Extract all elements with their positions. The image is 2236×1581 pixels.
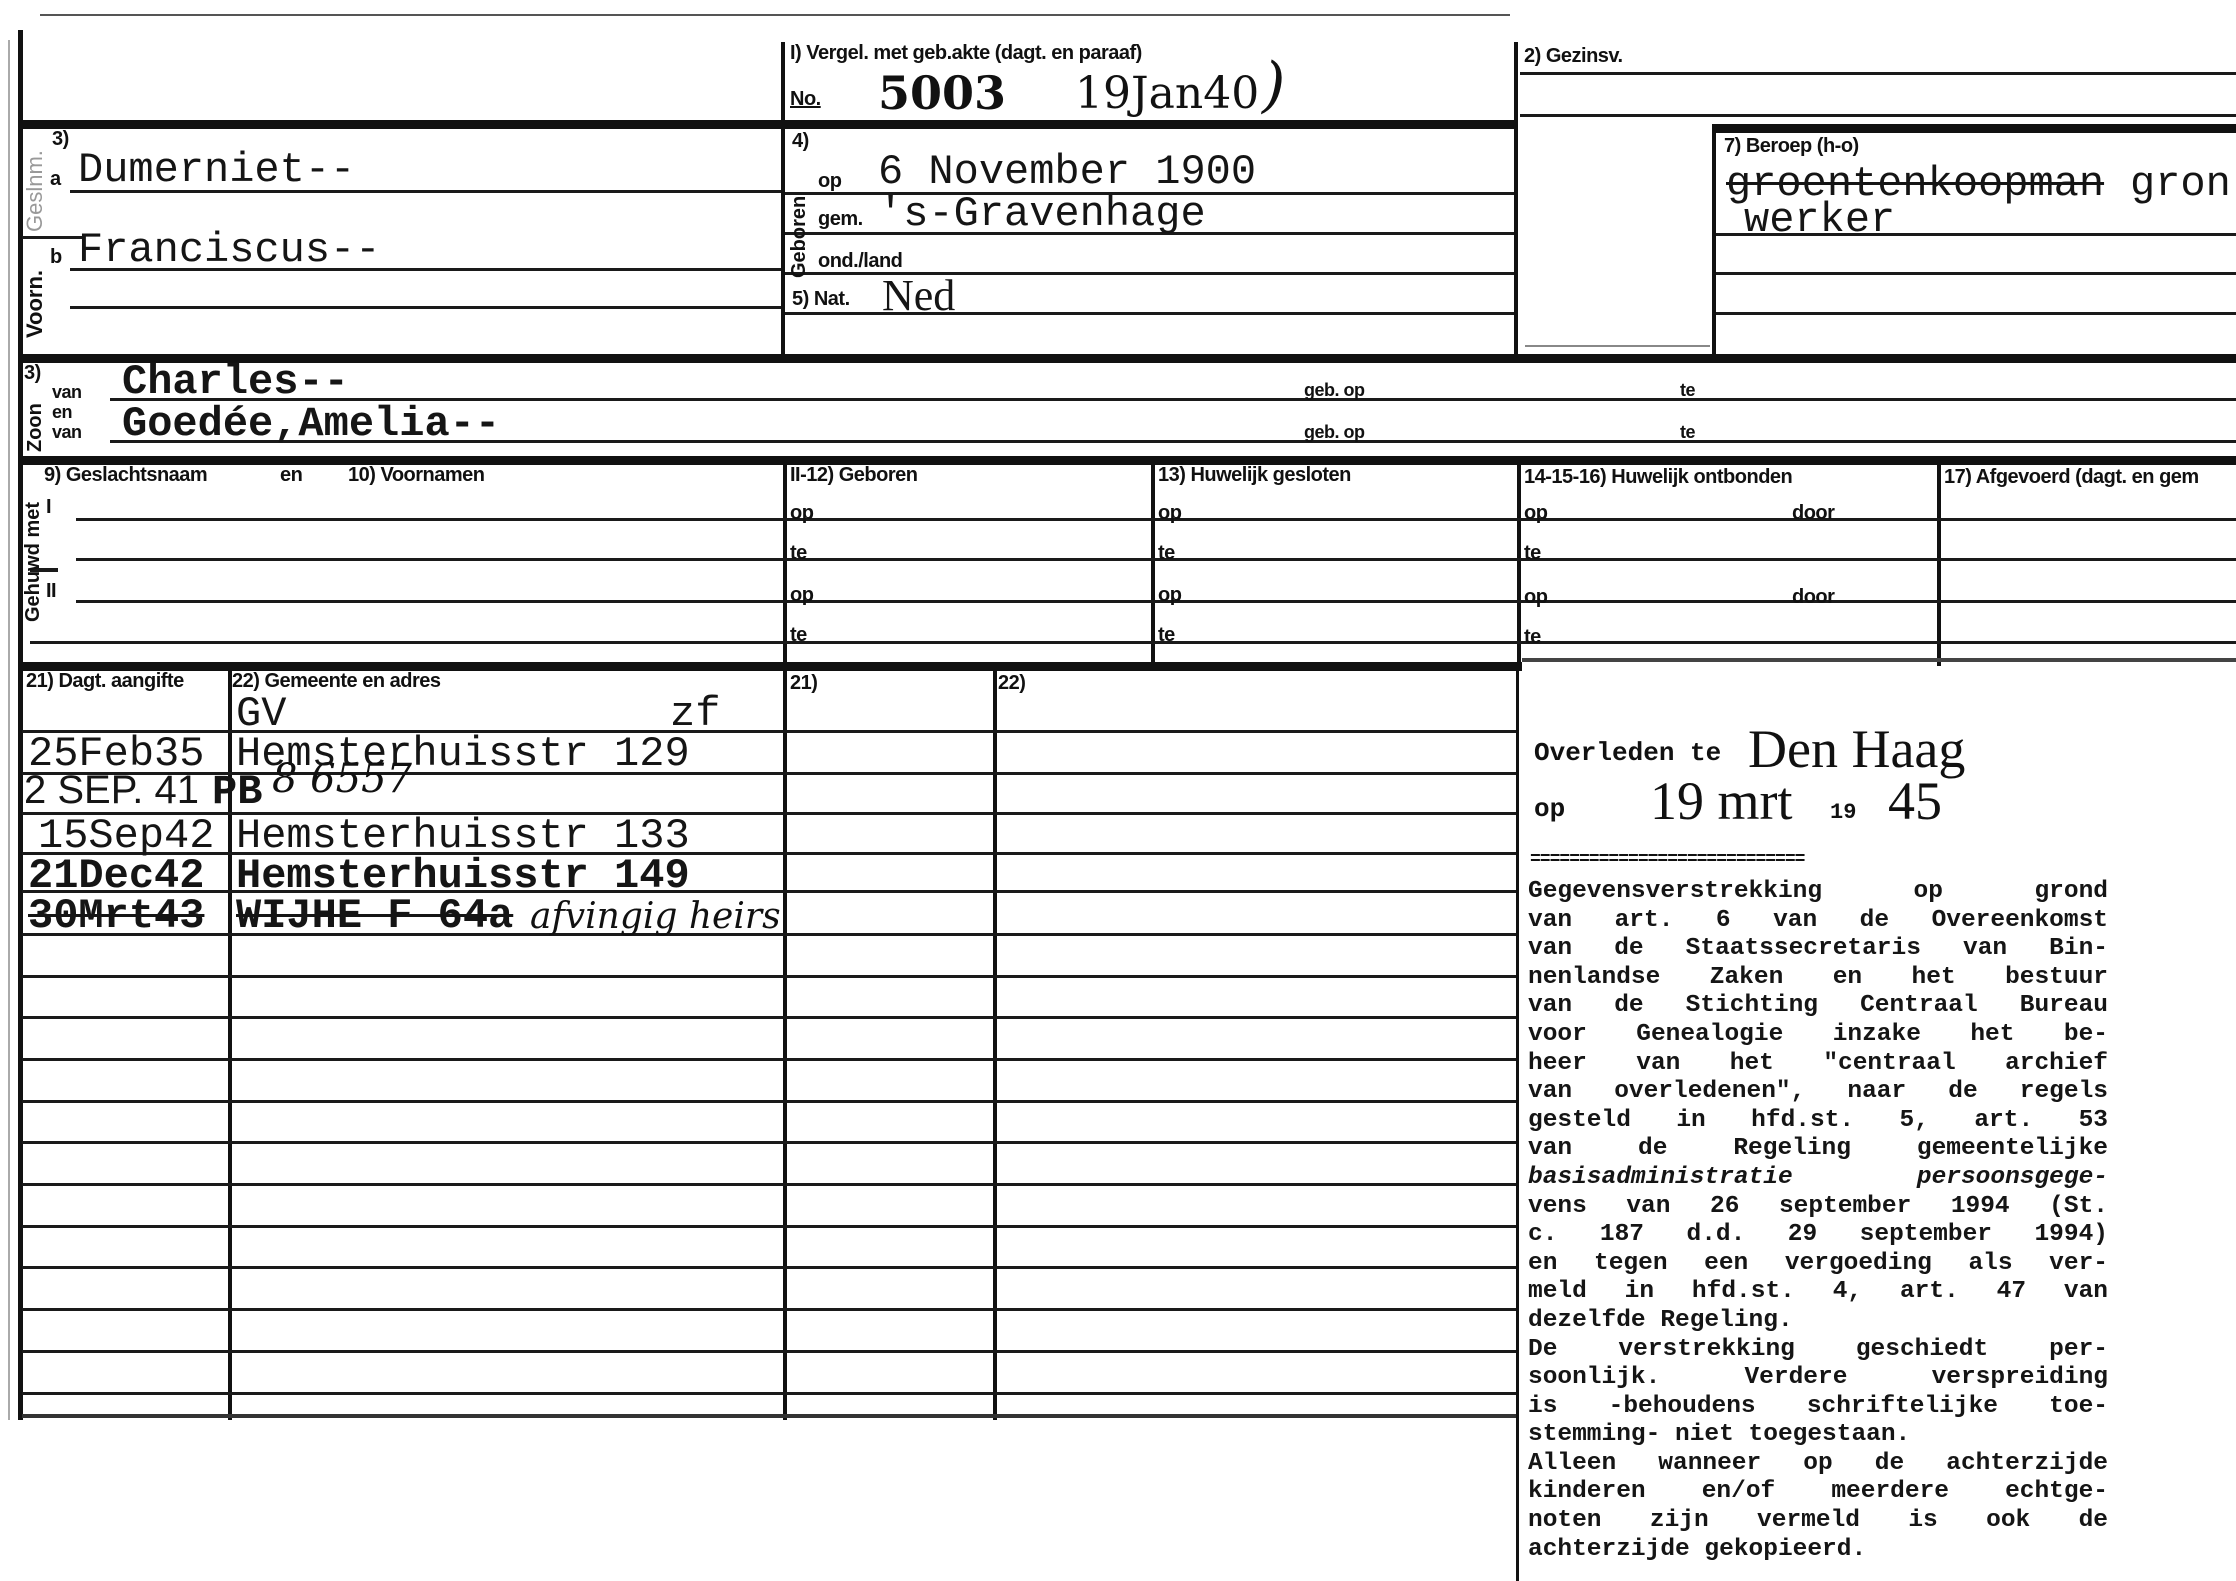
mother-en-label: en: [52, 402, 72, 423]
father-van-label: van: [52, 382, 82, 403]
marriage-concluded-op-1: op: [1158, 502, 1181, 525]
birth-side-label: Geboren: [788, 196, 811, 278]
notice-line: Alleen wanneer op de achterzijde: [1528, 1450, 2108, 1479]
notice-line: en tegen een vergoeding als ver-: [1528, 1250, 2108, 1279]
marriage-dissolved-door-1: door: [1792, 502, 1834, 525]
birth-date-value: 6 November 1900: [878, 148, 1256, 196]
notice-line: van de Stichting Centraal Bureau: [1528, 992, 2108, 1021]
surname-side-label: Geslnm.: [22, 150, 48, 232]
marriage-concluded-header: 13) Huwelijk gesloten: [1158, 464, 1351, 487]
notice-line: van art. 6 van de Overeenkomst: [1528, 907, 2108, 936]
mother-birth-date-label: geb. op: [1304, 422, 1365, 443]
marriage-dissolved-op-1: op: [1524, 502, 1547, 525]
surname-marker: a: [50, 168, 61, 191]
record-number-date: 19Jan40: [1075, 68, 1259, 119]
mother-birth-place-label: te: [1680, 422, 1695, 443]
notice-line: De verstrekking geschiedt per-: [1528, 1336, 2108, 1365]
notice-line: heer van het "centraal archief: [1528, 1050, 2108, 1079]
address-row-address: PB: [212, 768, 262, 816]
disclosure-notice: Gegevensverstrekking op grond van art. 6…: [1528, 878, 2108, 1564]
mother-name: Goedée,Amelia--: [122, 400, 500, 448]
marriage-row-marker-1: I: [46, 496, 51, 519]
notice-line: stemming- niet toegestaan.: [1528, 1421, 2108, 1450]
marriage-dissolved-te-2: te: [1524, 626, 1541, 649]
spouse-born-op-2: op: [790, 584, 813, 607]
nationality-label: 5) Nat.: [792, 288, 850, 311]
father-birth-date-label: geb. op: [1304, 380, 1365, 401]
parents-section-number: 3): [24, 362, 41, 385]
notice-line: is -behoudens schriftelijke toe-: [1528, 1393, 2108, 1422]
notice-line: Gegevensverstrekking op grond: [1528, 878, 2108, 907]
notice-line: van overledenen", naar de regels: [1528, 1078, 2108, 1107]
birth-record-compare-label: I) Vergel. met geb.akte (dagt. en paraaf…: [790, 42, 1142, 65]
name-section-number: 3): [52, 128, 69, 151]
birth-municipality-value: 's-Gravenhage: [878, 190, 1206, 238]
spouse-born-te-2: te: [790, 624, 807, 647]
given-names-side-label: Voorn.: [22, 270, 48, 338]
marriage-concluded-te-2: te: [1158, 624, 1175, 647]
notice-line: vens van 26 september 1994 (St.: [1528, 1193, 2108, 1222]
notice-line: noten zijn vermeld is ook de: [1528, 1507, 2108, 1536]
record-number-value: 5003: [878, 66, 1006, 120]
spouse-header-conjunction: en: [280, 464, 302, 487]
notice-line: dezelfde Regeling.: [1528, 1307, 2108, 1336]
address-row-handwritten: afvingig heirs: [530, 896, 781, 937]
notice-line: gesteld in hfd.st. 5, art. 53: [1528, 1107, 2108, 1136]
death-place-label: Overleden te: [1534, 738, 1721, 768]
address-row-date: 30Mrt43: [28, 892, 204, 940]
marriage-dissolved-header: 14-15-16) Huwelijk ontbonden: [1524, 466, 1792, 489]
death-date-label: op: [1534, 794, 1565, 824]
notice-line: basisadministratie persoonsgege-: [1528, 1164, 2108, 1193]
married-side-label: Gehuwd met: [22, 502, 45, 622]
address-row-handwritten: 8 6557: [272, 756, 412, 802]
death-date-value: 19 mrt: [1650, 770, 1793, 832]
son-side-label: Zoon: [24, 403, 47, 452]
father-birth-place-label: te: [1680, 380, 1695, 401]
occupation-label: 7) Beroep (h-o): [1724, 135, 1859, 158]
death-year: 45: [1888, 770, 1942, 832]
paraaf-mark: ): [1262, 50, 1285, 120]
marriage-dissolved-op-2: op: [1524, 586, 1547, 609]
notice-line: meld in hfd.st. 4, art. 47 van: [1528, 1278, 2108, 1307]
marriage-dissolved-door-2: door: [1792, 586, 1834, 609]
spouse-born-header: II-12) Geboren: [790, 464, 917, 487]
marriage-dissolved-te-1: te: [1524, 542, 1541, 565]
spouse-born-op-1: op: [790, 502, 813, 525]
removed-header: 17) Afgevoerd (dagt. en gem: [1944, 466, 2199, 489]
marriage-row-marker-2: II: [46, 580, 56, 603]
death-separator: ============================: [1530, 850, 1804, 870]
birth-date-label: op: [818, 170, 841, 193]
occupation-value-line1: gron: [2130, 160, 2231, 208]
spouse-surname-header: 9) Geslachtsnaam: [44, 464, 207, 487]
nationality-value: Ned: [882, 270, 955, 321]
notice-line: nenlandse Zaken en het bestuur: [1528, 964, 2108, 993]
notice-line: kinderen en/of meerdere echtge-: [1528, 1478, 2108, 1507]
birth-municipality-label: gem.: [818, 208, 863, 231]
occupation-value-line2: werker: [1744, 196, 1895, 244]
given-names-marker: b: [50, 246, 62, 269]
notice-line: c. 187 d.d. 29 september 1994): [1528, 1221, 2108, 1250]
given-names-value: Franciscus--: [78, 226, 380, 274]
address-row-date: 2 SEP. 41: [24, 768, 199, 813]
address-row-address: WIJHE F 64a: [236, 892, 513, 940]
notice-line: soonlijk. Verdere verspreiding: [1528, 1364, 2108, 1393]
father-name: Charles--: [122, 358, 349, 406]
marriage-concluded-op-2: op: [1158, 584, 1181, 607]
spouse-born-te-1: te: [790, 542, 807, 565]
spouse-firstnames-header: 10) Voornamen: [348, 464, 485, 487]
registration-date-header-2: 21): [790, 672, 817, 695]
surname-value: Dumerniet--: [78, 146, 355, 194]
notice-line: achterzijde gekopieerd.: [1528, 1536, 2108, 1565]
record-number-label: No.: [790, 88, 821, 111]
registration-date-header: 21) Dagt. aangifte: [26, 670, 184, 693]
notice-line: van de Regeling gemeentelijke: [1528, 1135, 2108, 1164]
notice-line: van de Staatssecretaris van Bin-: [1528, 935, 2108, 964]
address-header-2: 22): [998, 672, 1025, 695]
family-relation-label: 2) Gezinsv.: [1524, 45, 1623, 68]
mother-van-label: van: [52, 422, 82, 443]
notice-line: voor Genealogie inzake het be-: [1528, 1021, 2108, 1050]
birth-section-number: 4): [792, 130, 809, 153]
marriage-concluded-te-1: te: [1158, 542, 1175, 565]
death-century: 19: [1830, 800, 1856, 825]
